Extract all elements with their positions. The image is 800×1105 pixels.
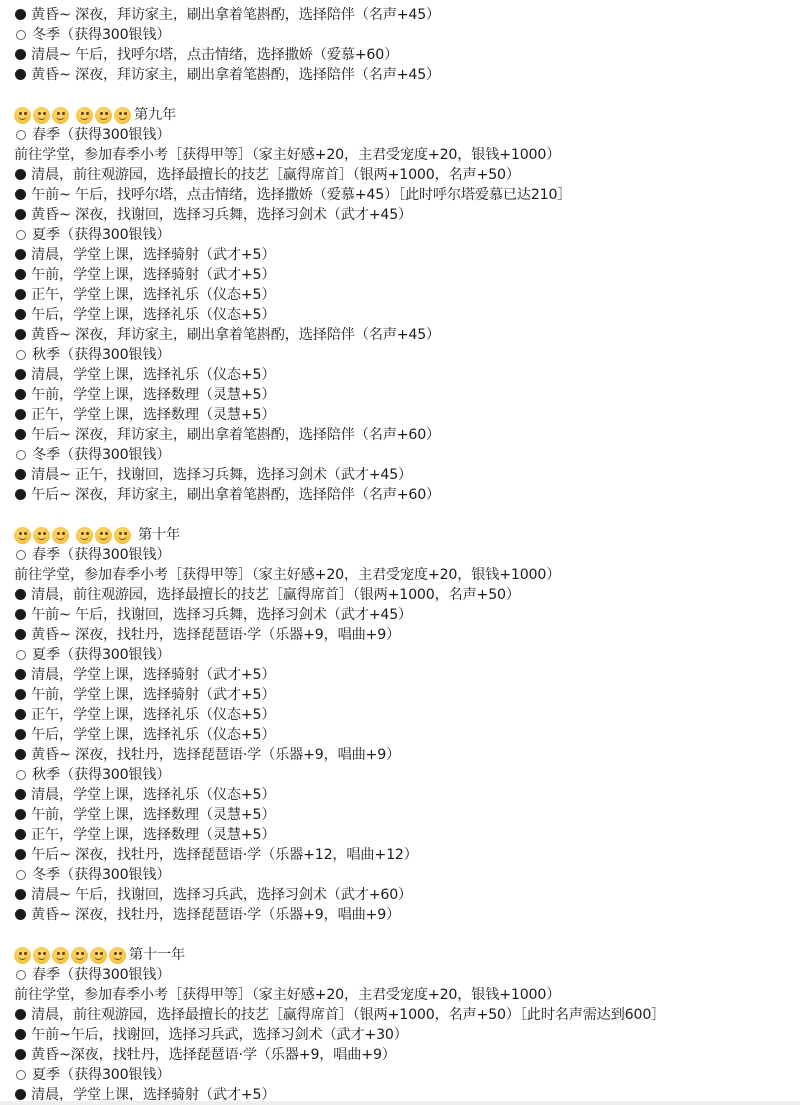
black-circle-bullet-icon [15, 789, 26, 800]
line-text: 午前~午后，找谢回，选择习兵武，选择习剑术（武才+30） [31, 1027, 408, 1043]
schedule-item: 清晨，前往观游园，选择最擅长的技艺［赢得席首］（银两+1000，名声+50）［此… [14, 1005, 800, 1025]
slightly-smiling-face-icon [33, 527, 50, 544]
black-circle-bullet-icon [15, 369, 26, 380]
season-header: 夏季（获得300银钱） [14, 645, 800, 665]
line-text: 冬季（获得300银钱） [32, 27, 170, 43]
white-circle-bullet-icon [16, 650, 26, 660]
slightly-smiling-face-icon [14, 527, 31, 544]
line-text: 春季（获得300银钱） [32, 967, 170, 983]
white-circle-bullet-icon [16, 870, 26, 880]
schedule-item: 午前~ 午后，找谢回，选择习兵舞，选择习剑术（武才+45） [14, 605, 800, 625]
schedule-item: 午前~ 午后，找呼尔塔，点击情绪，选择撒娇（爱慕+45）［此时呼尔塔爱慕已达21… [14, 185, 800, 205]
black-circle-bullet-icon [15, 609, 26, 620]
schedule-item: 午后，学堂上课，选择礼乐（仪态+5） [14, 725, 800, 745]
schedule-item: 黄昏~ 深夜，拜访家主，刷出拿着笔斟酌，选择陪伴（名声+45） [14, 5, 800, 25]
black-circle-bullet-icon [15, 429, 26, 440]
slightly-smiling-face-icon [14, 947, 31, 964]
schedule-item: 午前，学堂上课，选择骑射（武才+5） [14, 265, 800, 285]
line-text: 清晨，学堂上课，选择礼乐（仪态+5） [31, 787, 275, 803]
schedule-item: 黄昏~深夜，找牡丹，选择琵琶语·学（乐器+9，唱曲+9） [14, 1045, 800, 1065]
black-circle-bullet-icon [15, 289, 26, 300]
emoji-row [14, 947, 128, 964]
line-text: 正午，学堂上课，选择礼乐（仪态+5） [31, 287, 275, 303]
line-text: 春季（获得300银钱） [32, 127, 170, 143]
schedule-item: 黄昏~ 深夜，找谢回，选择习兵舞，选择习剑术（武才+45） [14, 205, 800, 225]
season-header: 夏季（获得300银钱） [14, 225, 800, 245]
black-circle-bullet-icon [15, 629, 26, 640]
black-circle-bullet-icon [15, 269, 26, 280]
schedule-item: 清晨，学堂上课，选择骑射（武才+5） [14, 245, 800, 265]
slightly-smiling-face-icon [52, 107, 69, 124]
schedule-item: 午后~ 深夜，拜访家主，刷出拿着笔斟酌，选择陪伴（名声+60） [14, 485, 800, 505]
season-header: 秋季（获得300银钱） [14, 345, 800, 365]
line-text: 清晨，学堂上课，选择骑射（武才+5） [31, 247, 275, 263]
line-text: 夏季（获得300银钱） [32, 647, 170, 663]
season-header: 春季（获得300银钱） [14, 125, 800, 145]
white-circle-bullet-icon [16, 230, 26, 240]
black-circle-bullet-icon [15, 589, 26, 600]
exam-note: 前往学堂，参加春季小考［获得甲等］（家主好感+20，主君受宠度+20，银钱+10… [14, 565, 800, 585]
line-text: 清晨~ 午后，找谢回，选择习兵武，选择习剑术（武才+60） [31, 887, 412, 903]
line-text: 清晨，学堂上课，选择礼乐（仪态+5） [31, 367, 275, 383]
schedule-item: 午后~ 深夜，找牡丹，选择琵琶语·学（乐器+12，唱曲+12） [14, 845, 800, 865]
black-circle-bullet-icon [15, 209, 26, 220]
line-text: 清晨，学堂上课，选择骑射（武才+5） [31, 667, 275, 683]
slightly-smiling-face-icon [114, 107, 131, 124]
season-header: 夏季（获得300银钱） [14, 1065, 800, 1085]
black-circle-bullet-icon [15, 749, 26, 760]
schedule-item: 黄昏~ 深夜，找牡丹，选择琵琶语·学（乐器+9，唱曲+9） [14, 905, 800, 925]
white-circle-bullet-icon [16, 30, 26, 40]
line-text: 冬季（获得300银钱） [32, 867, 170, 883]
schedule-item: 正午，学堂上课，选择礼乐（仪态+5） [14, 705, 800, 725]
schedule-item: 正午，学堂上课，选择礼乐（仪态+5） [14, 285, 800, 305]
black-circle-bullet-icon [15, 489, 26, 500]
line-text: 秋季（获得300银钱） [32, 347, 170, 363]
white-circle-bullet-icon [16, 350, 26, 360]
season-header: 冬季（获得300银钱） [14, 445, 800, 465]
line-text: 夏季（获得300银钱） [32, 1067, 170, 1083]
schedule-item: 午前，学堂上课，选择数理（灵慧+5） [14, 385, 800, 405]
slightly-smiling-face-icon [76, 107, 93, 124]
line-text: 午前~ 午后，找谢回，选择习兵舞，选择习剑术（武才+45） [31, 607, 412, 623]
white-circle-bullet-icon [16, 450, 26, 460]
black-circle-bullet-icon [15, 849, 26, 860]
line-text: 午前，学堂上课，选择数理（灵慧+5） [31, 807, 275, 823]
year-title: 第十年 [138, 525, 180, 545]
slightly-smiling-face-icon [76, 527, 93, 544]
emoji-row [14, 107, 133, 124]
slightly-smiling-face-icon [109, 947, 126, 964]
slightly-smiling-face-icon [33, 107, 50, 124]
schedule-item: 黄昏~ 深夜，拜访家主，刷出拿着笔斟酌，选择陪伴（名声+45） [14, 65, 800, 85]
section-spacer [14, 85, 800, 105]
line-text: 黄昏~ 深夜，找牡丹，选择琵琶语·学（乐器+9，唱曲+9） [31, 907, 400, 923]
black-circle-bullet-icon [15, 189, 26, 200]
line-text: 清晨，前往观游园，选择最擅长的技艺［赢得席首］（银两+1000，名声+50） [31, 167, 520, 183]
slightly-smiling-face-icon [95, 527, 112, 544]
schedule-item: 清晨，前往观游园，选择最擅长的技艺［赢得席首］（银两+1000，名声+50） [14, 585, 800, 605]
line-text: 清晨，前往观游园，选择最擅长的技艺［赢得席首］（银两+1000，名声+50） [31, 587, 520, 603]
line-text: 午后，学堂上课，选择礼乐（仪态+5） [31, 307, 275, 323]
schedule-item: 午后~ 深夜，拜访家主，刷出拿着笔斟酌，选择陪伴（名声+60） [14, 425, 800, 445]
schedule-item: 黄昏~ 深夜，拜访家主，刷出拿着笔斟酌，选择陪伴（名声+45） [14, 325, 800, 345]
white-circle-bullet-icon [16, 770, 26, 780]
line-text: 正午，学堂上课，选择数理（灵慧+5） [31, 827, 275, 843]
black-circle-bullet-icon [15, 249, 26, 260]
black-circle-bullet-icon [15, 1089, 26, 1100]
year-title: 第九年 [134, 105, 176, 125]
line-text: 黄昏~深夜，找牡丹，选择琵琶语·学（乐器+9，唱曲+9） [31, 1047, 396, 1063]
schedule-item: 清晨~ 午后，找呼尔塔，点击情绪，选择撒娇（爱慕+60） [14, 45, 800, 65]
black-circle-bullet-icon [15, 389, 26, 400]
slightly-smiling-face-icon [52, 947, 69, 964]
season-header: 冬季（获得300银钱） [14, 865, 800, 885]
slightly-smiling-face-icon [71, 947, 88, 964]
emoji-row [14, 527, 133, 544]
line-text: 清晨~ 午后，找呼尔塔，点击情绪，选择撒娇（爱慕+60） [31, 47, 398, 63]
schedule-item: 清晨，学堂上课，选择礼乐（仪态+5） [14, 785, 800, 805]
section-spacer [14, 925, 800, 945]
black-circle-bullet-icon [15, 1049, 26, 1060]
exam-note: 前往学堂，参加春季小考［获得甲等］（家主好感+20，主君受宠度+20，银钱+10… [14, 145, 800, 165]
line-text: 夏季（获得300银钱） [32, 227, 170, 243]
schedule-item: 午后，学堂上课，选择礼乐（仪态+5） [14, 305, 800, 325]
slightly-smiling-face-icon [95, 107, 112, 124]
season-header: 春季（获得300银钱） [14, 545, 800, 565]
guide-document: 黄昏~ 深夜，拜访家主，刷出拿着笔斟酌，选择陪伴（名声+45）冬季（获得300银… [14, 5, 800, 1105]
white-circle-bullet-icon [16, 970, 26, 980]
line-text: 午前，学堂上课，选择骑射（武才+5） [31, 687, 275, 703]
line-text: 前往学堂，参加春季小考［获得甲等］（家主好感+20，主君受宠度+20，银钱+10… [14, 147, 560, 163]
line-text: 清晨~ 正午，找谢回，选择习兵舞，选择习剑术（武才+45） [31, 467, 412, 483]
line-text: 黄昏~ 深夜，找牡丹，选择琵琶语·学（乐器+9，唱曲+9） [31, 747, 400, 763]
line-text: 春季（获得300银钱） [32, 547, 170, 563]
black-circle-bullet-icon [15, 409, 26, 420]
line-text: 午后，学堂上课，选择礼乐（仪态+5） [31, 727, 275, 743]
black-circle-bullet-icon [15, 309, 26, 320]
line-text: 前往学堂，参加春季小考［获得甲等］（家主好感+20，主君受宠度+20，银钱+10… [14, 567, 560, 583]
bottom-edge-strip [0, 1101, 800, 1105]
line-text: 黄昏~ 深夜，拜访家主，刷出拿着笔斟酌，选择陪伴（名声+45） [31, 7, 440, 23]
line-text: 午前，学堂上课，选择骑射（武才+5） [31, 267, 275, 283]
schedule-item: 正午，学堂上课，选择数理（灵慧+5） [14, 825, 800, 845]
black-circle-bullet-icon [15, 49, 26, 60]
white-circle-bullet-icon [16, 550, 26, 560]
white-circle-bullet-icon [16, 130, 26, 140]
year-heading: 第九年 [14, 105, 800, 125]
schedule-item: 黄昏~ 深夜，找牡丹，选择琵琶语·学（乐器+9，唱曲+9） [14, 625, 800, 645]
schedule-item: 清晨，学堂上课，选择骑射（武才+5） [14, 665, 800, 685]
black-circle-bullet-icon [15, 909, 26, 920]
black-circle-bullet-icon [15, 169, 26, 180]
black-circle-bullet-icon [15, 729, 26, 740]
schedule-item: 午前，学堂上课，选择数理（灵慧+5） [14, 805, 800, 825]
line-text: 午后~ 深夜，找牡丹，选择琵琶语·学（乐器+12，唱曲+12） [31, 847, 418, 863]
white-circle-bullet-icon [16, 1070, 26, 1080]
black-circle-bullet-icon [15, 829, 26, 840]
line-text: 黄昏~ 深夜，拜访家主，刷出拿着笔斟酌，选择陪伴（名声+45） [31, 67, 440, 83]
line-text: 午前~ 午后，找呼尔塔，点击情绪，选择撒娇（爱慕+45）［此时呼尔塔爱慕已达21… [31, 187, 571, 203]
black-circle-bullet-icon [15, 809, 26, 820]
line-text: 黄昏~ 深夜，找牡丹，选择琵琶语·学（乐器+9，唱曲+9） [31, 627, 400, 643]
line-text: 清晨，前往观游园，选择最擅长的技艺［赢得席首］（银两+1000，名声+50）［此… [31, 1007, 665, 1023]
black-circle-bullet-icon [15, 9, 26, 20]
black-circle-bullet-icon [15, 889, 26, 900]
exam-note: 前往学堂，参加春季小考［获得甲等］（家主好感+20，主君受宠度+20，银钱+10… [14, 985, 800, 1005]
black-circle-bullet-icon [15, 1029, 26, 1040]
line-text: 黄昏~ 深夜，找谢回，选择习兵舞，选择习剑术（武才+45） [31, 207, 412, 223]
line-text: 午后~ 深夜，拜访家主，刷出拿着笔斟酌，选择陪伴（名声+60） [31, 487, 440, 503]
season-header: 秋季（获得300银钱） [14, 765, 800, 785]
section-spacer [14, 505, 800, 525]
year-title: 第十一年 [129, 945, 185, 965]
slightly-smiling-face-icon [14, 107, 31, 124]
black-circle-bullet-icon [15, 469, 26, 480]
black-circle-bullet-icon [15, 69, 26, 80]
line-text: 正午，学堂上课，选择礼乐（仪态+5） [31, 707, 275, 723]
black-circle-bullet-icon [15, 329, 26, 340]
slightly-smiling-face-icon [52, 527, 69, 544]
year-heading: 第十年 [14, 525, 800, 545]
slightly-smiling-face-icon [90, 947, 107, 964]
line-text: 前往学堂，参加春季小考［获得甲等］（家主好感+20，主君受宠度+20，银钱+10… [14, 987, 560, 1003]
schedule-item: 清晨，学堂上课，选择礼乐（仪态+5） [14, 365, 800, 385]
season-header: 春季（获得300银钱） [14, 965, 800, 985]
slightly-smiling-face-icon [114, 527, 131, 544]
line-text: 冬季（获得300银钱） [32, 447, 170, 463]
line-text: 午前，学堂上课，选择数理（灵慧+5） [31, 387, 275, 403]
black-circle-bullet-icon [15, 1009, 26, 1020]
black-circle-bullet-icon [15, 689, 26, 700]
schedule-item: 正午，学堂上课，选择数理（灵慧+5） [14, 405, 800, 425]
line-text: 正午，学堂上课，选择数理（灵慧+5） [31, 407, 275, 423]
year-heading: 第十一年 [14, 945, 800, 965]
line-text: 黄昏~ 深夜，拜访家主，刷出拿着笔斟酌，选择陪伴（名声+45） [31, 327, 440, 343]
line-text: 午后~ 深夜，拜访家主，刷出拿着笔斟酌，选择陪伴（名声+60） [31, 427, 440, 443]
black-circle-bullet-icon [15, 669, 26, 680]
schedule-item: 清晨~ 正午，找谢回，选择习兵舞，选择习剑术（武才+45） [14, 465, 800, 485]
season-header: 冬季（获得300银钱） [14, 25, 800, 45]
schedule-item: 清晨~ 午后，找谢回，选择习兵武，选择习剑术（武才+60） [14, 885, 800, 905]
line-text: 秋季（获得300银钱） [32, 767, 170, 783]
schedule-item: 午前~午后，找谢回，选择习兵武，选择习剑术（武才+30） [14, 1025, 800, 1045]
schedule-item: 午前，学堂上课，选择骑射（武才+5） [14, 685, 800, 705]
black-circle-bullet-icon [15, 709, 26, 720]
schedule-item: 黄昏~ 深夜，找牡丹，选择琵琶语·学（乐器+9，唱曲+9） [14, 745, 800, 765]
schedule-item: 清晨，前往观游园，选择最擅长的技艺［赢得席首］（银两+1000，名声+50） [14, 165, 800, 185]
slightly-smiling-face-icon [33, 947, 50, 964]
